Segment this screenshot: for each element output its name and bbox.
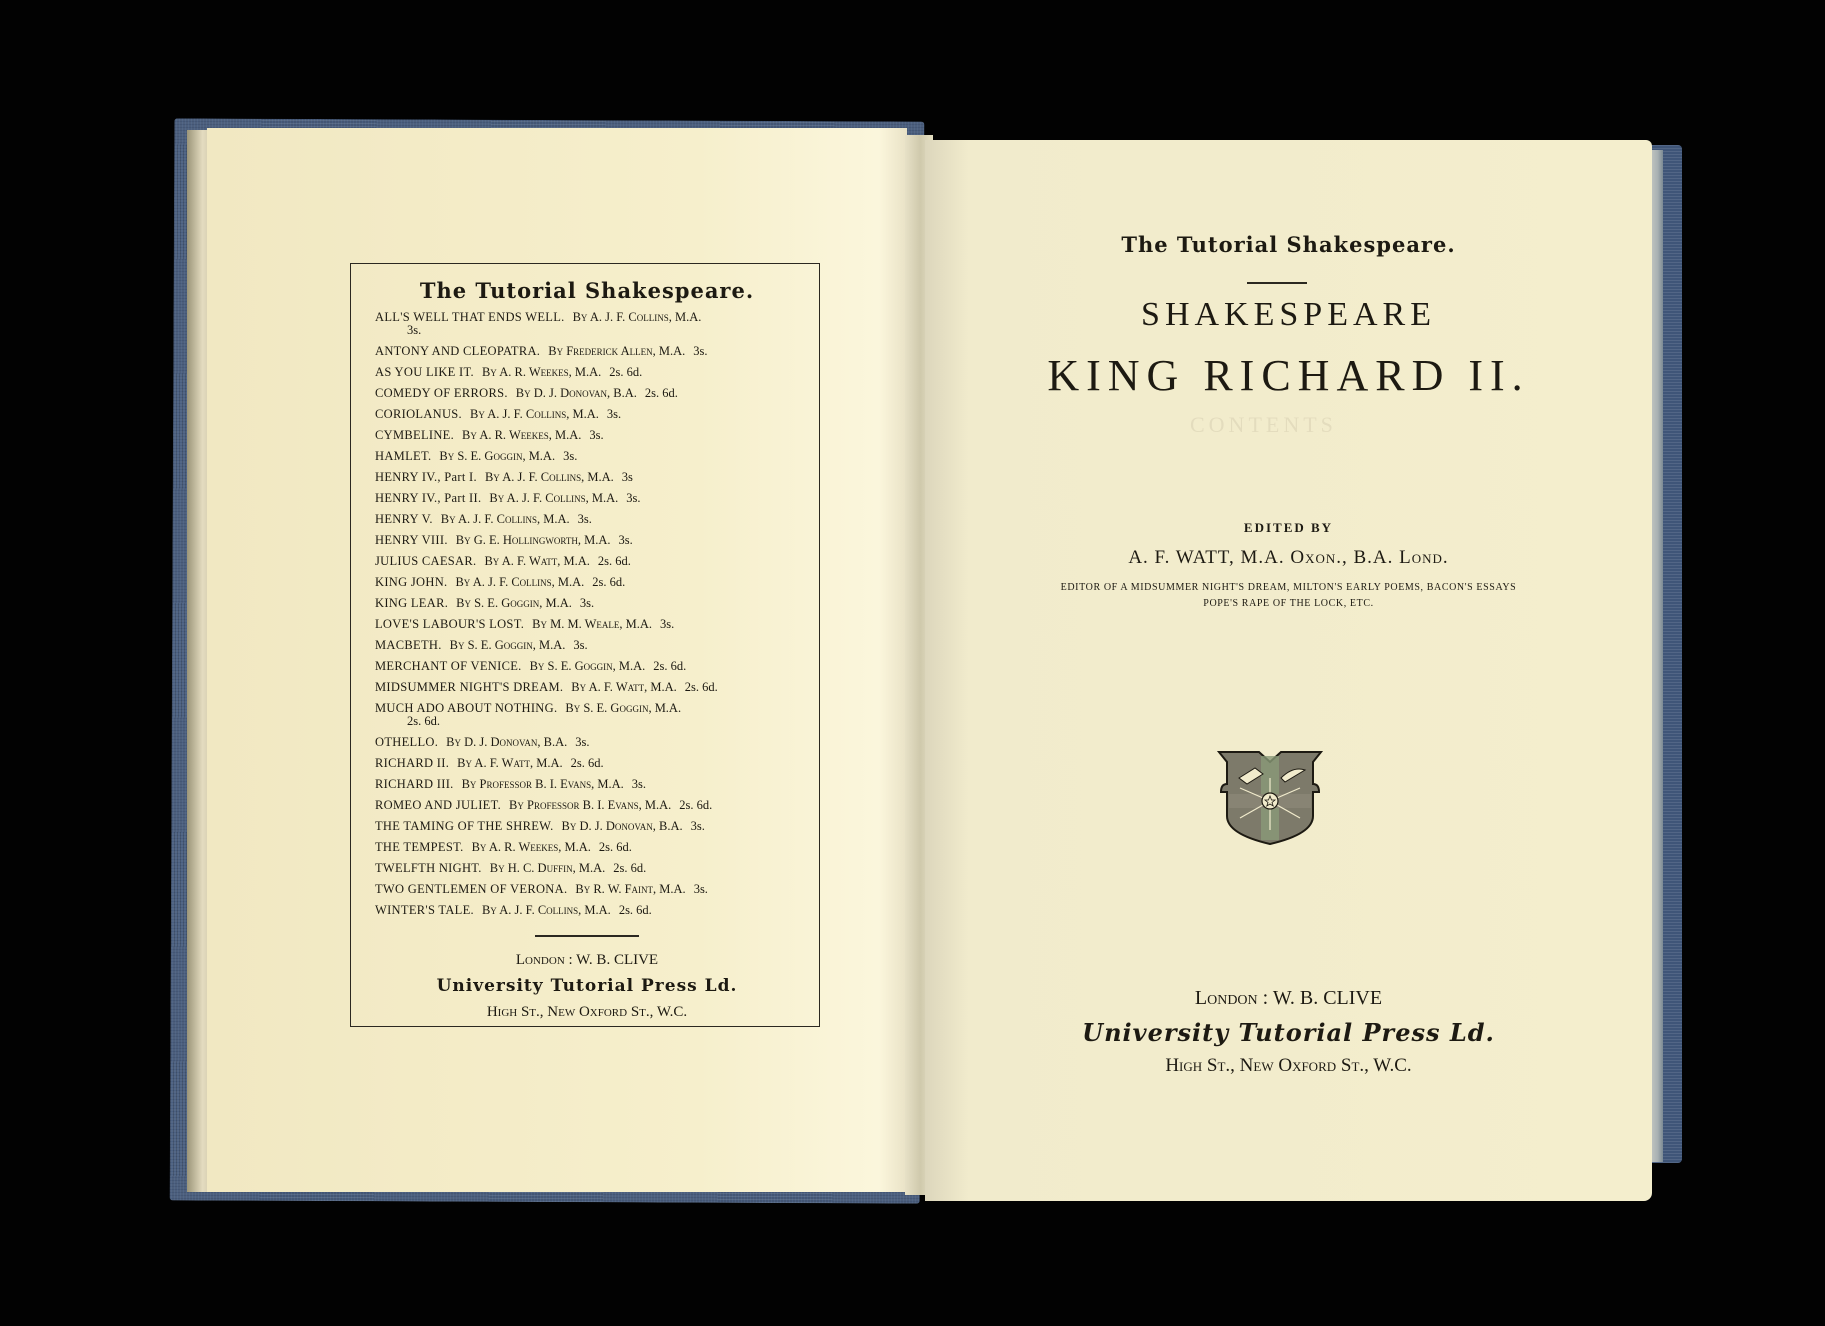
entry-by: By A. J. F. Collins, M.A. <box>441 512 570 526</box>
entry-by: By A. J. F. Collins, M.A. <box>470 407 599 421</box>
list-item: MUCH ADO ABOUT NOTHING.By S. E. Goggin, … <box>375 698 799 732</box>
divider-rule <box>535 935 639 937</box>
entry-price: 3s. <box>607 407 621 421</box>
list-item: ANTONY AND CLEOPATRA.By Frederick Allen,… <box>375 341 799 362</box>
entry-title: ALL'S WELL THAT ENDS WELL. <box>375 310 565 324</box>
entry-price: 2s. 6d. <box>571 756 604 770</box>
entry-title: MIDSUMMER NIGHT'S DREAM. <box>375 680 563 694</box>
entry-by: By A. R. Weekes, M.A. <box>462 428 581 442</box>
entry-title: MACBETH. <box>375 638 442 652</box>
entry-title: KING JOHN. <box>375 575 447 589</box>
entry-by: By D. J. Donovan, B.A. <box>516 386 637 400</box>
editor-credits-line-2: Pope's Rape of the Lock, etc. <box>925 596 1652 612</box>
entry-price: 3s. <box>660 617 674 631</box>
list-item: HAMLET.By S. E. Goggin, M.A.3s. <box>375 446 799 467</box>
entry-by: By A. F. Watt, M.A. <box>457 756 562 770</box>
entry-by: By G. E. Hollingworth, M.A. <box>456 533 611 547</box>
entry-title: CORIOLANUS. <box>375 407 462 421</box>
title-rule <box>1247 282 1307 284</box>
entry-title: KING LEAR. <box>375 596 448 610</box>
entry-price: 2s. 6d. <box>645 386 678 400</box>
entry-by: By A. J. F. Collins, M.A. <box>482 903 611 917</box>
entry-price: 2s. 6d. <box>679 798 712 812</box>
entry-by: By Professor B. I. Evans, M.A. <box>509 798 671 812</box>
entry-price: 2s. 6d. <box>609 365 642 379</box>
list-item: TWELFTH NIGHT.By H. C. Duffin, M.A.2s. 6… <box>375 858 799 879</box>
list-item: LOVE'S LABOUR'S LOST.By M. M. Weale, M.A… <box>375 614 799 635</box>
list-item: HENRY IV., Part I.By A. J. F. Collins, M… <box>375 467 799 488</box>
entry-price: 2s. 6d. <box>619 903 652 917</box>
entry-price: 3s. <box>589 428 603 442</box>
entry-title: ANTONY AND CLEOPATRA. <box>375 344 540 358</box>
entry-title: RICHARD II. <box>375 756 449 770</box>
entry-by: By A. J. F. Collins, M.A. <box>485 470 614 484</box>
entry-title: THE TEMPEST. <box>375 840 464 854</box>
entry-title: HAMLET. <box>375 449 431 463</box>
entry-by: By Professor B. I. Evans, M.A. <box>462 777 624 791</box>
list-item: MIDSUMMER NIGHT'S DREAM.By A. F. Watt, M… <box>375 677 799 698</box>
entry-by: By A. F. Watt, M.A. <box>571 680 676 694</box>
list-item: HENRY IV., Part II.By A. J. F. Collins, … <box>375 488 799 509</box>
entry-price: 3s. <box>580 596 594 610</box>
entry-title: TWELFTH NIGHT. <box>375 861 482 875</box>
publisher-name: University Tutorial Press Ld. <box>925 1014 1652 1052</box>
entry-price: 3s <box>622 470 633 484</box>
entry-price: 2s. 6d. <box>653 659 686 673</box>
list-item: THE TAMING OF THE SHREW.By D. J. Donovan… <box>375 816 799 837</box>
entry-by: By A. J. F. Collins, M.A. <box>573 310 702 324</box>
entry-title: JULIUS CAESAR. <box>375 554 476 568</box>
series-entry-list: ALL'S WELL THAT ENDS WELL.By A. J. F. Co… <box>375 307 799 921</box>
entry-price: 2s. 6d. <box>613 861 646 875</box>
entry-title: HENRY IV., Part I. <box>375 470 477 484</box>
entry-title: CYMBELINE. <box>375 428 454 442</box>
entry-title: ROMEO AND JULIET. <box>375 798 501 812</box>
entry-by: By D. J. Donovan, B.A. <box>562 819 683 833</box>
entry-title: AS YOU LIKE IT. <box>375 365 474 379</box>
list-item: COMEDY OF ERRORS.By D. J. Donovan, B.A.2… <box>375 383 799 404</box>
entry-price: 3s. <box>575 735 589 749</box>
list-item: RICHARD II.By A. F. Watt, M.A.2s. 6d. <box>375 753 799 774</box>
list-item: HENRY V.By A. J. F. Collins, M.A.3s. <box>375 509 799 530</box>
list-item: THE TEMPEST.By A. R. Weekes, M.A.2s. 6d. <box>375 837 799 858</box>
series-list-box: The Tutorial Shakespeare. ALL'S WELL THA… <box>350 263 820 1027</box>
edited-by-label: EDITED BY <box>925 520 1652 536</box>
entry-price: 3s. <box>693 344 707 358</box>
entry-title: THE TAMING OF THE SHREW. <box>375 819 554 833</box>
title-page-imprint: London : W. B. CLIVE University Tutorial… <box>925 982 1652 1080</box>
entry-price: 2s. 6d. <box>599 840 632 854</box>
list-item: CYMBELINE.By A. R. Weekes, M.A.3s. <box>375 425 799 446</box>
left-imprint: London : W. B. CLIVE University Tutorial… <box>375 947 799 1025</box>
list-item: ROMEO AND JULIET.By Professor B. I. Evan… <box>375 795 799 816</box>
entry-title: LOVE'S LABOUR'S LOST. <box>375 617 524 631</box>
entry-title: HENRY V. <box>375 512 433 526</box>
entry-by: By S. E. Goggin, M.A. <box>530 659 646 673</box>
entry-price: 3s. <box>626 491 640 505</box>
entry-title: COMEDY OF ERRORS. <box>375 386 508 400</box>
entry-by: By D. J. Donovan, B.A. <box>446 735 567 749</box>
entry-by: By S. E. Goggin, M.A. <box>450 638 566 652</box>
entry-title: RICHARD III. <box>375 777 454 791</box>
entry-title: WINTER'S TALE. <box>375 903 474 917</box>
entry-price: 2s. 6d. <box>685 680 718 694</box>
entry-title: TWO GENTLEMEN OF VERONA. <box>375 882 567 896</box>
entry-by: By A. J. F. Collins, M.A. <box>489 491 618 505</box>
title-page-series: The Tutorial Shakespeare. <box>925 232 1652 257</box>
entry-by: By A. F. Watt, M.A. <box>484 554 589 568</box>
entry-by: By R. W. Faint, M.A. <box>575 882 685 896</box>
publisher-city-line: London : W. B. CLIVE <box>925 982 1652 1014</box>
list-item: KING LEAR.By S. E. Goggin, M.A.3s. <box>375 593 799 614</box>
list-item: HENRY VIII.By G. E. Hollingworth, M.A.3s… <box>375 530 799 551</box>
entry-by: By A. J. F. Collins, M.A. <box>455 575 584 589</box>
list-item: CORIOLANUS.By A. J. F. Collins, M.A.3s. <box>375 404 799 425</box>
entry-title: MUCH ADO ABOUT NOTHING. <box>375 701 557 715</box>
shield-crest-icon <box>1215 748 1325 846</box>
entry-by: By A. R. Weekes, M.A. <box>482 365 601 379</box>
entry-price: 3s. <box>563 449 577 463</box>
publisher-city-line: London : W. B. CLIVE <box>375 947 799 973</box>
entry-price: 3s. <box>694 882 708 896</box>
list-item: MERCHANT OF VENICE.By S. E. Goggin, M.A.… <box>375 656 799 677</box>
title-page-play-title: KING RICHARD II. <box>925 350 1652 401</box>
title-page-author: SHAKESPEARE <box>925 296 1652 334</box>
publisher-address: High St., New Oxford St., W.C. <box>375 999 799 1025</box>
list-item: AS YOU LIKE IT.By A. R. Weekes, M.A.2s. … <box>375 362 799 383</box>
list-item: ALL'S WELL THAT ENDS WELL.By A. J. F. Co… <box>375 307 799 341</box>
publisher-name: University Tutorial Press Ld. <box>375 973 799 999</box>
entry-title: MERCHANT OF VENICE. <box>375 659 522 673</box>
editor-name: A. F. WATT, M.A. Oxon., B.A. Lond. <box>925 547 1652 569</box>
list-item: RICHARD III.By Professor B. I. Evans, M.… <box>375 774 799 795</box>
entry-price: 2s. 6d. <box>383 715 799 728</box>
entry-price: 3s. <box>573 638 587 652</box>
entry-price: 2s. 6d. <box>598 554 631 568</box>
list-item: JULIUS CAESAR.By A. F. Watt, M.A.2s. 6d. <box>375 551 799 572</box>
list-item: TWO GENTLEMEN OF VERONA.By R. W. Faint, … <box>375 879 799 900</box>
entry-title: HENRY VIII. <box>375 533 448 547</box>
entry-by: By A. R. Weekes, M.A. <box>472 840 591 854</box>
list-item: WINTER'S TALE.By A. J. F. Collins, M.A.2… <box>375 900 799 921</box>
editor-credits: Editor of A Midsummer Night's Dream, Mil… <box>925 580 1652 612</box>
entry-by: By S. E. Goggin, M.A. <box>565 701 681 715</box>
entry-price: 3s. <box>383 324 799 337</box>
entry-title: HENRY IV., Part II. <box>375 491 481 505</box>
entry-price: 2s. 6d. <box>592 575 625 589</box>
entry-title: OTHELLO. <box>375 735 438 749</box>
entry-by: By S. E. Goggin, M.A. <box>439 449 555 463</box>
entry-price: 3s. <box>619 533 633 547</box>
series-list-title: The Tutorial Shakespeare. <box>375 278 799 303</box>
entry-by: By M. M. Weale, M.A. <box>532 617 652 631</box>
publisher-address: High St., New Oxford St., W.C. <box>925 1052 1652 1080</box>
list-item: MACBETH.By S. E. Goggin, M.A.3s. <box>375 635 799 656</box>
entry-by: By H. C. Duffin, M.A. <box>490 861 606 875</box>
list-item: OTHELLO.By D. J. Donovan, B.A.3s. <box>375 732 799 753</box>
entry-price: 3s. <box>691 819 705 833</box>
entry-by: By Frederick Allen, M.A. <box>548 344 685 358</box>
show-through-text: CONTENTS <box>1190 412 1337 438</box>
entry-by: By S. E. Goggin, M.A. <box>456 596 572 610</box>
entry-price: 3s. <box>632 777 646 791</box>
entry-price: 3s. <box>578 512 592 526</box>
editor-credits-line-1: Editor of A Midsummer Night's Dream, Mil… <box>925 580 1652 596</box>
list-item: KING JOHN.By A. J. F. Collins, M.A.2s. 6… <box>375 572 799 593</box>
